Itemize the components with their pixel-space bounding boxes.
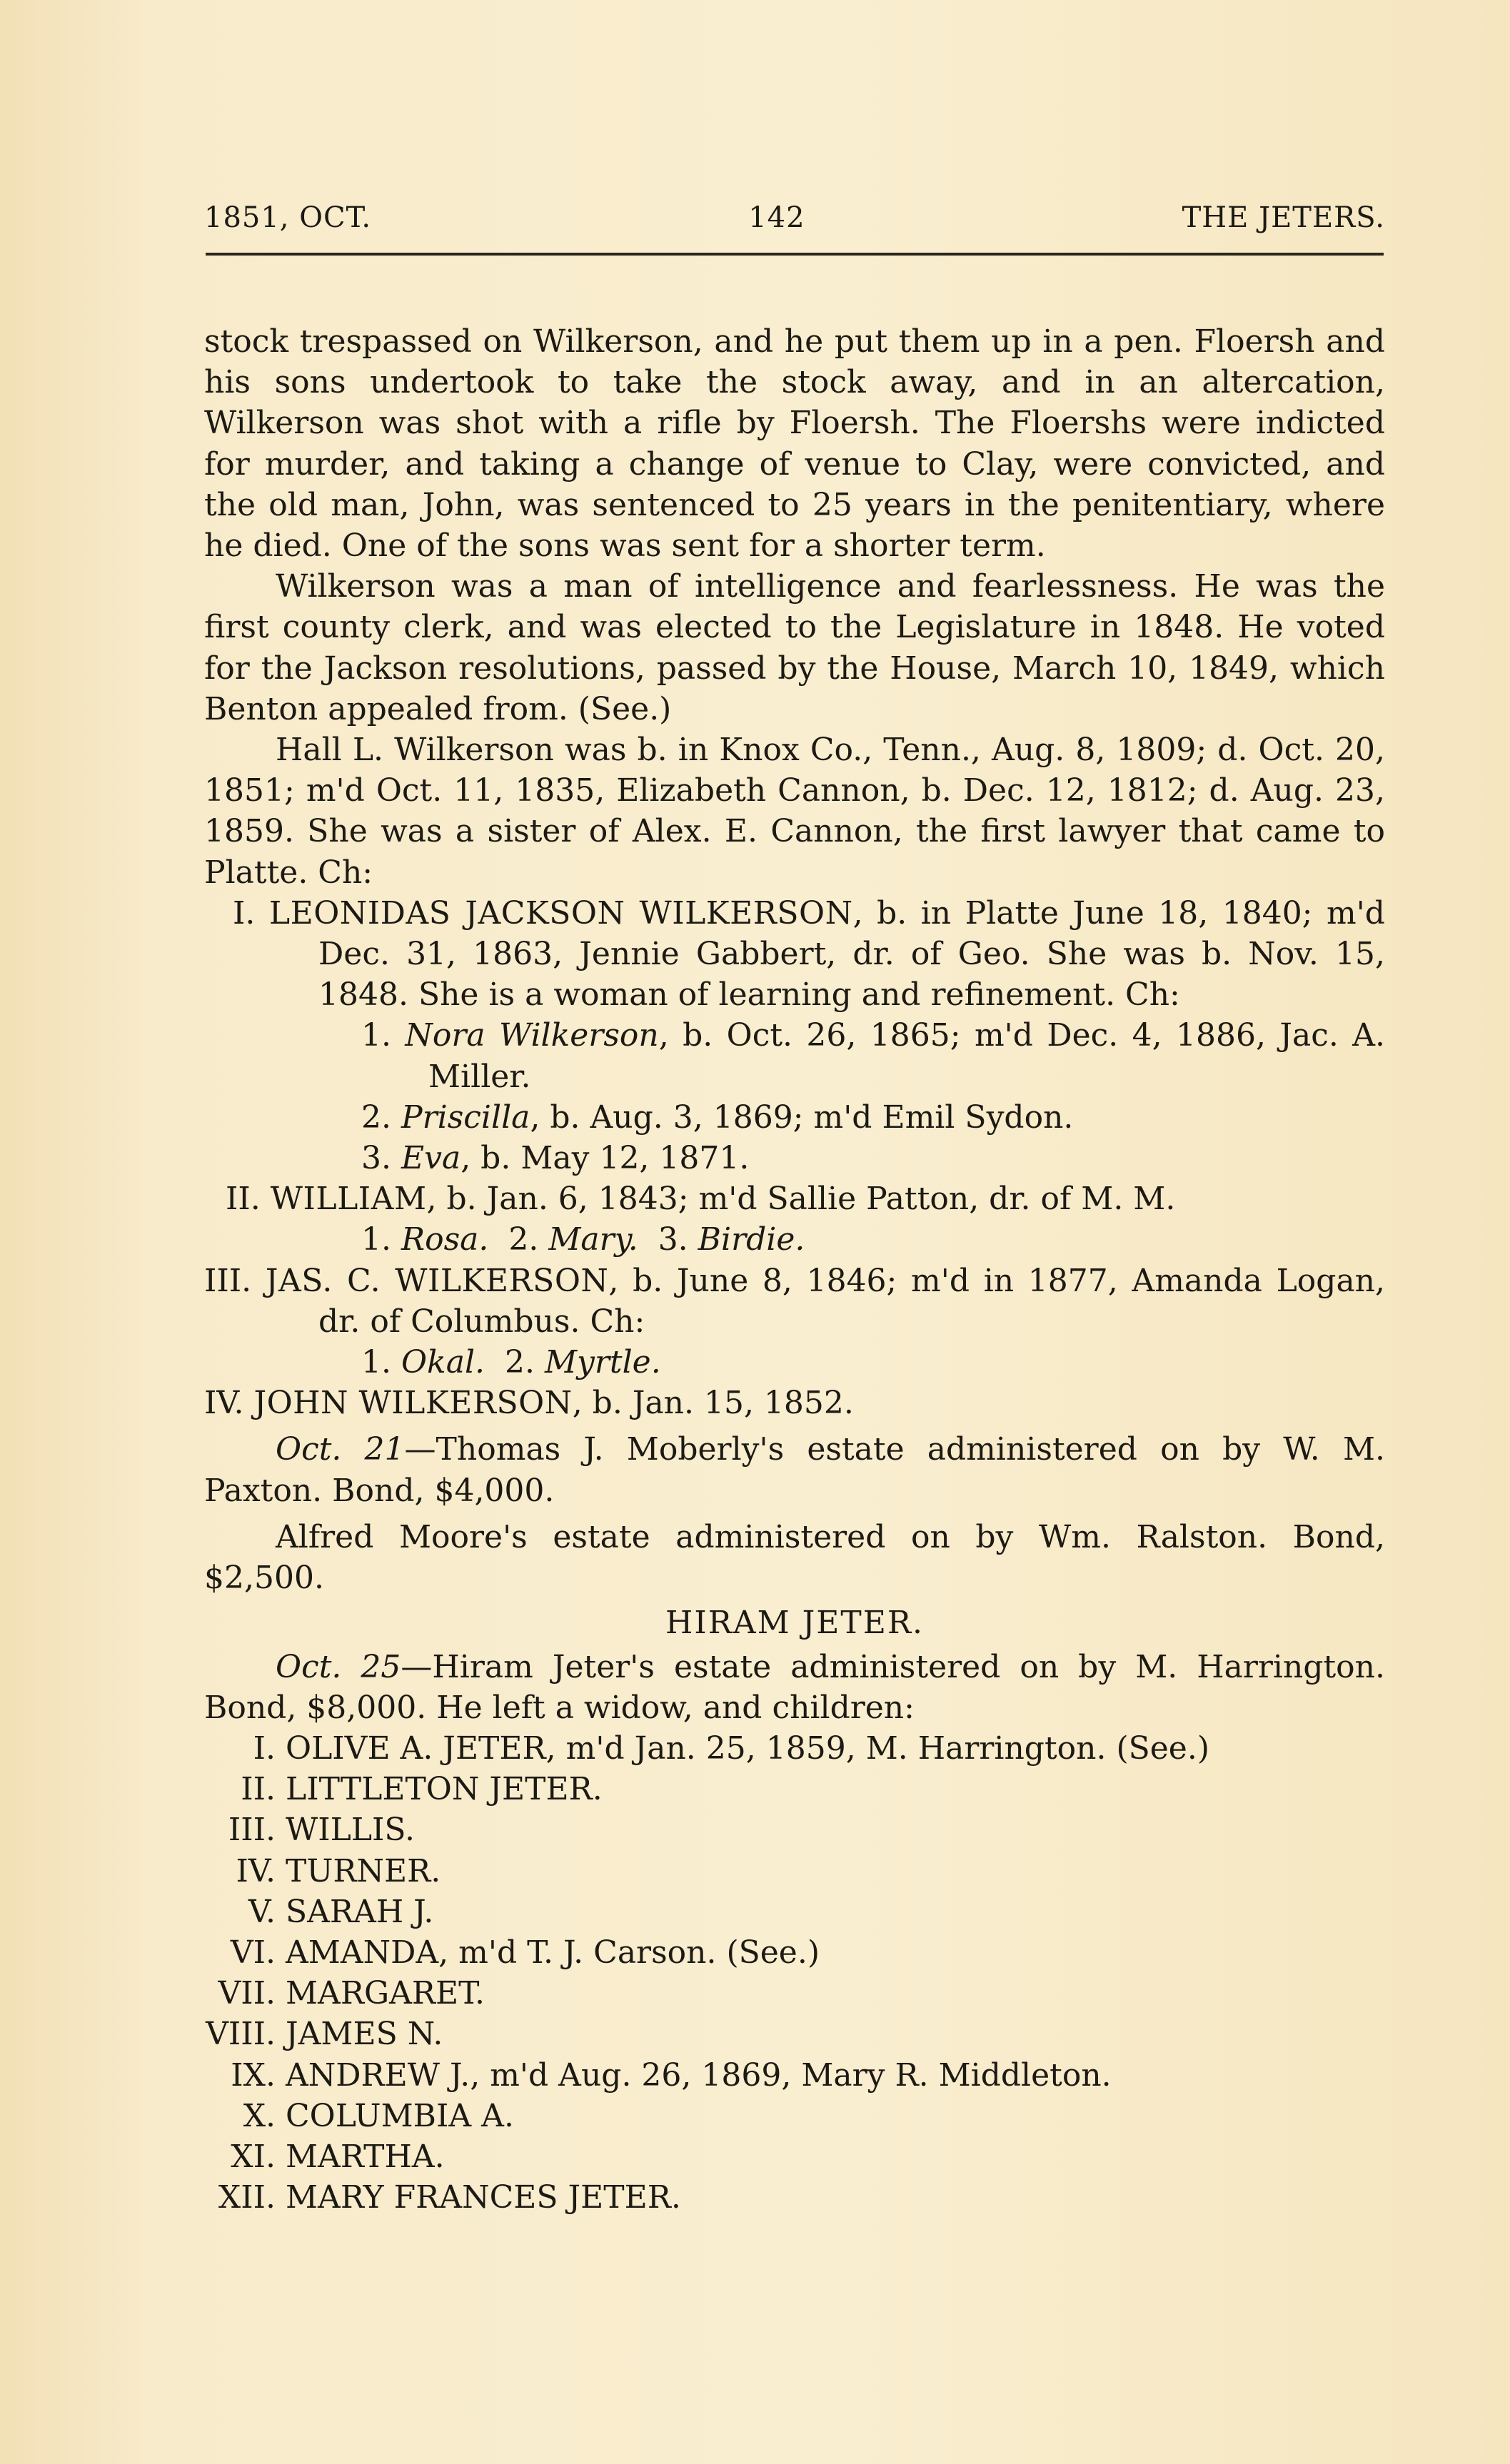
entry-oct-21: Oct. 21—Thomas J. Moberly's estate admin… xyxy=(204,1429,1385,1510)
entry-alfred-moore: Alfred Moore's estate administered on by… xyxy=(204,1517,1385,1598)
list-item: VI.AMANDA, m'd T. J. Carson. (See.) xyxy=(204,1932,1385,1973)
list-item: V.SARAH J. xyxy=(204,1892,1385,1932)
grandchild-entry-2: 2. Priscilla, b. Aug. 3, 1869; m'd Emil … xyxy=(204,1097,1385,1138)
grandchild-entry-3: 3. Eva, b. May 12, 1871. xyxy=(204,1138,1385,1178)
header-date: 1851, OCT. xyxy=(204,201,371,234)
page-number: 142 xyxy=(748,201,805,234)
paragraph-floersh: stock trespassed on Wilkerson, and he pu… xyxy=(204,321,1385,566)
child-name: JOHN WILKERSON xyxy=(253,1385,572,1421)
list-item: XII.MARY FRANCES JETER. xyxy=(204,2177,1385,2218)
child-entry-iv: IV. JOHN WILKERSON, b. Jan. 15, 1852. xyxy=(204,1383,1385,1423)
child-entry-i: I. LEONIDAS JACKSON WILKERSON, b. in Pla… xyxy=(204,893,1385,1016)
list-item: I.OLIVE A. JETER, m'd Jan. 25, 1859, M. … xyxy=(204,1728,1385,1769)
list-item: III.WILLIS. xyxy=(204,1809,1385,1850)
grandchildren-inline-iii: 1. Okal. 2. Myrtle. xyxy=(204,1342,1385,1383)
entry-date: Oct. 25 xyxy=(276,1649,401,1685)
header-rule xyxy=(206,253,1384,256)
section-heading: HIRAM JETER. xyxy=(204,1602,1385,1643)
list-item: IX.ANDREW J., m'd Aug. 26, 1869, Mary R.… xyxy=(204,2055,1385,2096)
running-header: 1851, OCT. 142 THE JETERS. xyxy=(204,201,1385,234)
grandchildren-inline-ii: 1. Rosa. 2. Mary. 3. Birdie. xyxy=(204,1219,1385,1260)
list-item: X.COLUMBIA A. xyxy=(204,2096,1385,2136)
entry-date: Oct. 21 xyxy=(276,1431,405,1468)
paragraph-wilkerson-character: Wilkerson was a man of intelligence and … xyxy=(204,566,1385,729)
child-entry-iii: III. JAS. C. WILKERSON, b. June 8, 1846;… xyxy=(204,1261,1385,1342)
grandchild-name: Priscilla xyxy=(401,1099,530,1136)
page-body: stock trespassed on Wilkerson, and he pu… xyxy=(204,321,1385,2218)
child-name: LEONIDAS JACKSON WILKERSON xyxy=(269,895,853,931)
grandchild-name: Eva xyxy=(401,1140,460,1176)
entry-oct-25: Oct. 25—Hiram Jeter's estate administere… xyxy=(204,1647,1385,1728)
child-name: WILLIAM xyxy=(271,1181,427,1217)
jeter-children-list: I.OLIVE A. JETER, m'd Jan. 25, 1859, M. … xyxy=(204,1728,1385,2218)
list-item: II.LITTLETON JETER. xyxy=(204,1769,1385,1809)
paragraph-hall-wilkerson: Hall L. Wilkerson was b. in Knox Co., Te… xyxy=(204,729,1385,893)
child-name: JAS. C. WILKERSON xyxy=(266,1263,609,1299)
list-item: XI.MARTHA. xyxy=(204,2136,1385,2177)
child-entry-ii: II. WILLIAM, b. Jan. 6, 1843; m'd Sallie… xyxy=(204,1178,1385,1219)
list-item: VII.MARGARET. xyxy=(204,1973,1385,2014)
grandchild-entry-1: 1. Nora Wilkerson, b. Oct. 26, 1865; m'd… xyxy=(204,1015,1385,1096)
header-title: THE JETERS. xyxy=(1182,201,1385,234)
grandchild-name: Nora Wilkerson xyxy=(405,1017,658,1054)
list-item: IV.TURNER. xyxy=(204,1851,1385,1892)
list-item: VIII.JAMES N. xyxy=(204,2014,1385,2054)
